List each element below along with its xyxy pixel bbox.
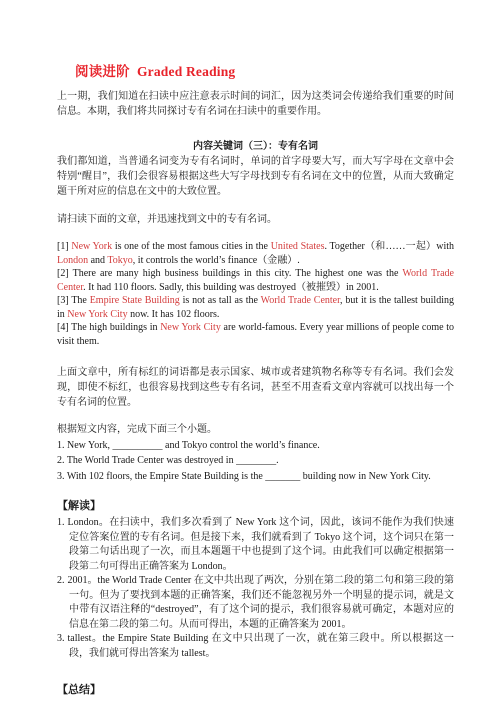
analysis-item-text: tallest。the Empire State Building 在文中只出现… <box>68 633 455 659</box>
question-item-3: 3. With 102 floors, the Empire State Bui… <box>57 469 454 485</box>
reading-passage: [1] New York is one of the most famous c… <box>57 240 454 348</box>
proper-noun-highlight: World Trade Center <box>261 295 340 306</box>
analysis-item-3: 3.tallest。the Empire State Building 在文中只… <box>57 632 454 661</box>
document-page: 阅读进阶 Graded Reading 上一期，我们知道在扫读中应注意表示时间的… <box>0 0 499 706</box>
analysis-heading: 【解读】 <box>57 499 454 514</box>
scan-prompt: 请扫读下面的文章，并迅速找到文中的专有名词。 <box>57 212 454 227</box>
analysis-item-number: 2. <box>57 575 65 586</box>
passage-text: [3] The <box>57 295 90 306</box>
passage-text: is one of the most famous cities in the <box>112 241 271 252</box>
passage-text: [1] <box>57 241 71 252</box>
section-heading: 内容关键词（三）：专有名词 <box>57 139 454 154</box>
passage-text: . Together（和……一起）with <box>324 241 454 252</box>
passage-paragraph-2: [2] There are many high business buildin… <box>57 267 454 294</box>
passage-paragraph-3: [3] The Empire State Building is not as … <box>57 294 454 321</box>
analysis-item-2: 2.2001。the World Trade Center 在文中共出现了两次，… <box>57 574 454 632</box>
passage-text: , it controls the world’s finance（金融）. <box>133 255 300 266</box>
passage-paragraph-1: [1] New York is one of the most famous c… <box>57 240 454 267</box>
analysis-item-1: 1.London。在扫读中，我们多次看到了 New York 这个词，因此，该词… <box>57 516 454 574</box>
passage-text: . It had 110 floors. Sadly, this buildin… <box>83 282 379 293</box>
page-title: 阅读进阶 Graded Reading <box>75 60 454 80</box>
question-item-1: 1. New York, __________ and Tokyo contro… <box>57 438 454 454</box>
questions-intro: 根据短文内容，完成下面三个小题。 <box>57 422 454 438</box>
questions-section: 根据短文内容，完成下面三个小题。 1. New York, __________… <box>57 422 454 484</box>
proper-noun-highlight: London <box>57 255 88 266</box>
analysis-list: 1.London。在扫读中，我们多次看到了 New York 这个词，因此，该词… <box>57 516 454 661</box>
analysis-item-text: London。在扫读中，我们多次看到了 New York 这个词，因此，该词不能… <box>68 517 455 572</box>
question-item-2: 2. The World Trade Center was destroyed … <box>57 453 454 469</box>
after-passage-paragraph: 上面文章中，所有标红的词语都是表示国家、城市或者建筑物名称等专有名词。我们会发现… <box>57 365 454 410</box>
analysis-item-text: 2001。the World Trade Center 在文中共出现了两次，分别… <box>68 575 455 630</box>
proper-noun-highlight: New York City <box>160 322 221 333</box>
analysis-item-number: 3. <box>57 633 65 644</box>
summary-heading: 【总结】 <box>57 683 454 698</box>
proper-noun-highlight: Tokyo <box>107 255 132 266</box>
proper-noun-highlight: New York City <box>67 309 127 320</box>
passage-text: is not as tall as the <box>180 295 261 306</box>
proper-noun-highlight: United States <box>271 241 325 252</box>
passage-text: [4] The high buildings in <box>57 322 160 333</box>
intro-paragraph: 上一期，我们知道在扫读中应注意表示时间的词汇，因为这类词会传递给我们重要的时间信… <box>57 89 454 119</box>
passage-text: and <box>88 255 107 266</box>
analysis-item-number: 1. <box>57 517 65 528</box>
passage-text: now. It has 102 floors. <box>128 309 220 320</box>
passage-paragraph-4: [4] The high buildings in New York City … <box>57 321 454 348</box>
passage-text: [2] There are many high business buildin… <box>57 268 402 279</box>
section-body-paragraph: 我们都知道，当普通名词变为专有名词时，单词的首字母要大写，而大写字母在文章中会特… <box>57 154 454 199</box>
proper-noun-highlight: New York <box>71 241 112 252</box>
proper-noun-highlight: Empire State Building <box>90 295 180 306</box>
